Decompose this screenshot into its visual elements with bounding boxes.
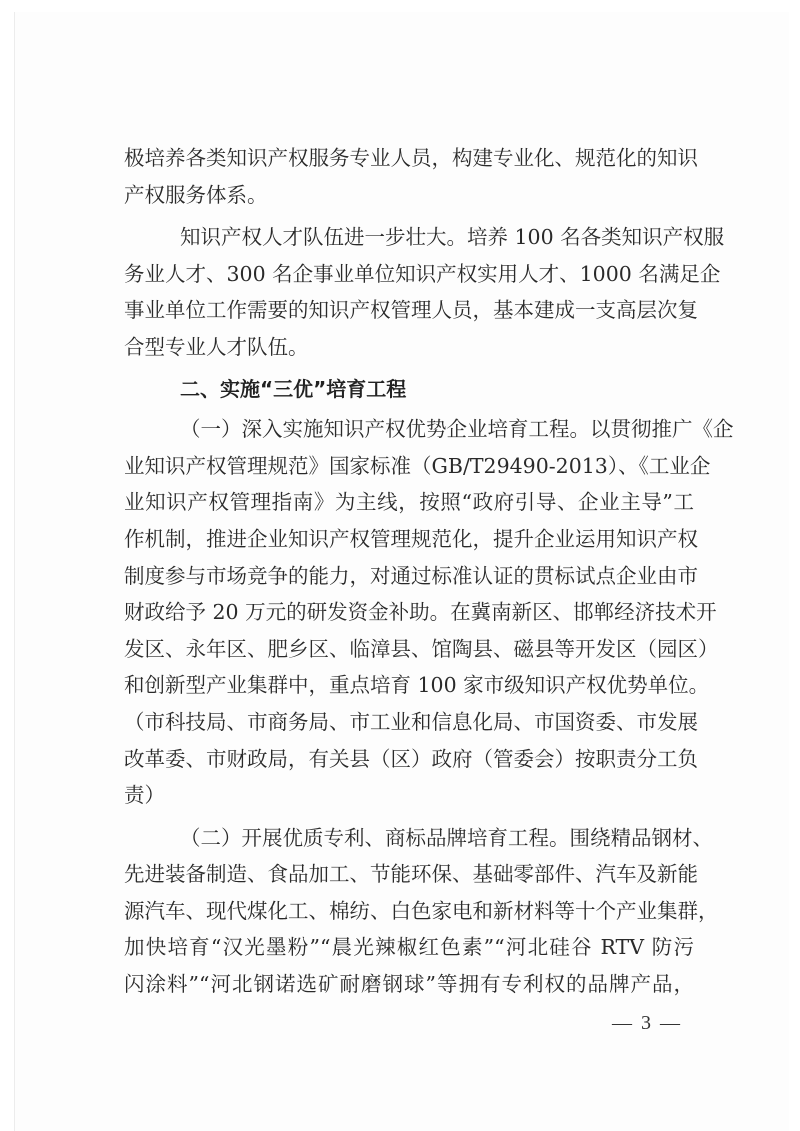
paragraph-quality-patent-brand: （二）开展优质专利、商标品牌培育工程。围绕精品钢材、 先进装备制造、食品加工、节… (124, 820, 694, 1003)
text-line: 业知识产权管理指南》为主线，按照“政府引导、企业主导”工 (124, 484, 694, 521)
text-line: 财政给予 20 万元的研发资金补助。在冀南新区、邯郸经济技术开 (124, 594, 694, 631)
text-line: 责） (124, 777, 694, 814)
document-body: 极培养各类知识产权服务专业人员，构建专业化、规范化的知识 产权服务体系。 知识产… (124, 140, 694, 1003)
text-line: 务业人才、300 名企事业单位知识产权实用人才、1000 名满足企 (124, 256, 694, 293)
section-heading: 二、实施“三优”培育工程 (124, 371, 694, 408)
paragraph-talent-team: 知识产权人才队伍进一步壮大。培养 100 名各类知识产权服 务业人才、300 名… (124, 219, 694, 365)
text-line: 业知识产权管理规范》国家标准（GB/T29490-2013）、《工业企 (124, 448, 694, 485)
text-line: 产权服务体系。 (124, 177, 694, 214)
text-line: 加快培育“汉光墨粉”“晨光辣椒红色素”“河北硅谷 RTV 防污 (124, 929, 694, 966)
text-line: 源汽车、现代煤化工、棉纺、白色家电和新材料等十个产业集群， (124, 893, 694, 930)
heading-three-excellence: 二、实施“三优”培育工程 (124, 371, 694, 408)
text-line: 发区、永年区、肥乡区、临漳县、馆陶县、磁县等开发区（园区） (124, 631, 694, 668)
text-line: 极培养各类知识产权服务专业人员，构建专业化、规范化的知识 (124, 140, 694, 177)
text-line: 和创新型产业集群中，重点培育 100 家市级知识产权优势单位。 (124, 667, 694, 704)
text-line: 合型专业人才队伍。 (124, 329, 694, 366)
text-line: 先进装备制造、食品加工、节能环保、基础零部件、汽车及新能 (124, 856, 694, 893)
text-line: （一）深入实施知识产权优势企业培育工程。以贯彻推广《企 (124, 411, 694, 448)
text-line: 知识产权人才队伍进一步壮大。培养 100 名各类知识产权服 (124, 219, 694, 256)
text-line: 闪涂料”“河北钢诺选矿耐磨钢球”等拥有专利权的品牌产品， (124, 966, 694, 1003)
paragraph-service-system: 极培养各类知识产权服务专业人员，构建专业化、规范化的知识 产权服务体系。 (124, 140, 694, 213)
text-line: 作机制，推进企业知识产权管理规范化，提升企业运用知识产权 (124, 521, 694, 558)
text-line: （市科技局、市商务局、市工业和信息化局、市国资委、市发展 (124, 704, 694, 741)
text-line: 制度参与市场竞争的能力，对通过标准认证的贯标试点企业由市 (124, 558, 694, 595)
text-line: 改革委、市财政局，有关县（区）政府（管委会）按职责分工负 (124, 741, 694, 778)
page-number: — 3 — (612, 1012, 682, 1035)
text-line: （二）开展优质专利、商标品牌培育工程。围绕精品钢材、 (124, 820, 694, 857)
paragraph-ip-advantage-enterprise: （一）深入实施知识产权优势企业培育工程。以贯彻推广《企 业知识产权管理规范》国家… (124, 411, 694, 814)
text-line: 事业单位工作需要的知识产权管理人员，基本建成一支高层次复 (124, 292, 694, 329)
